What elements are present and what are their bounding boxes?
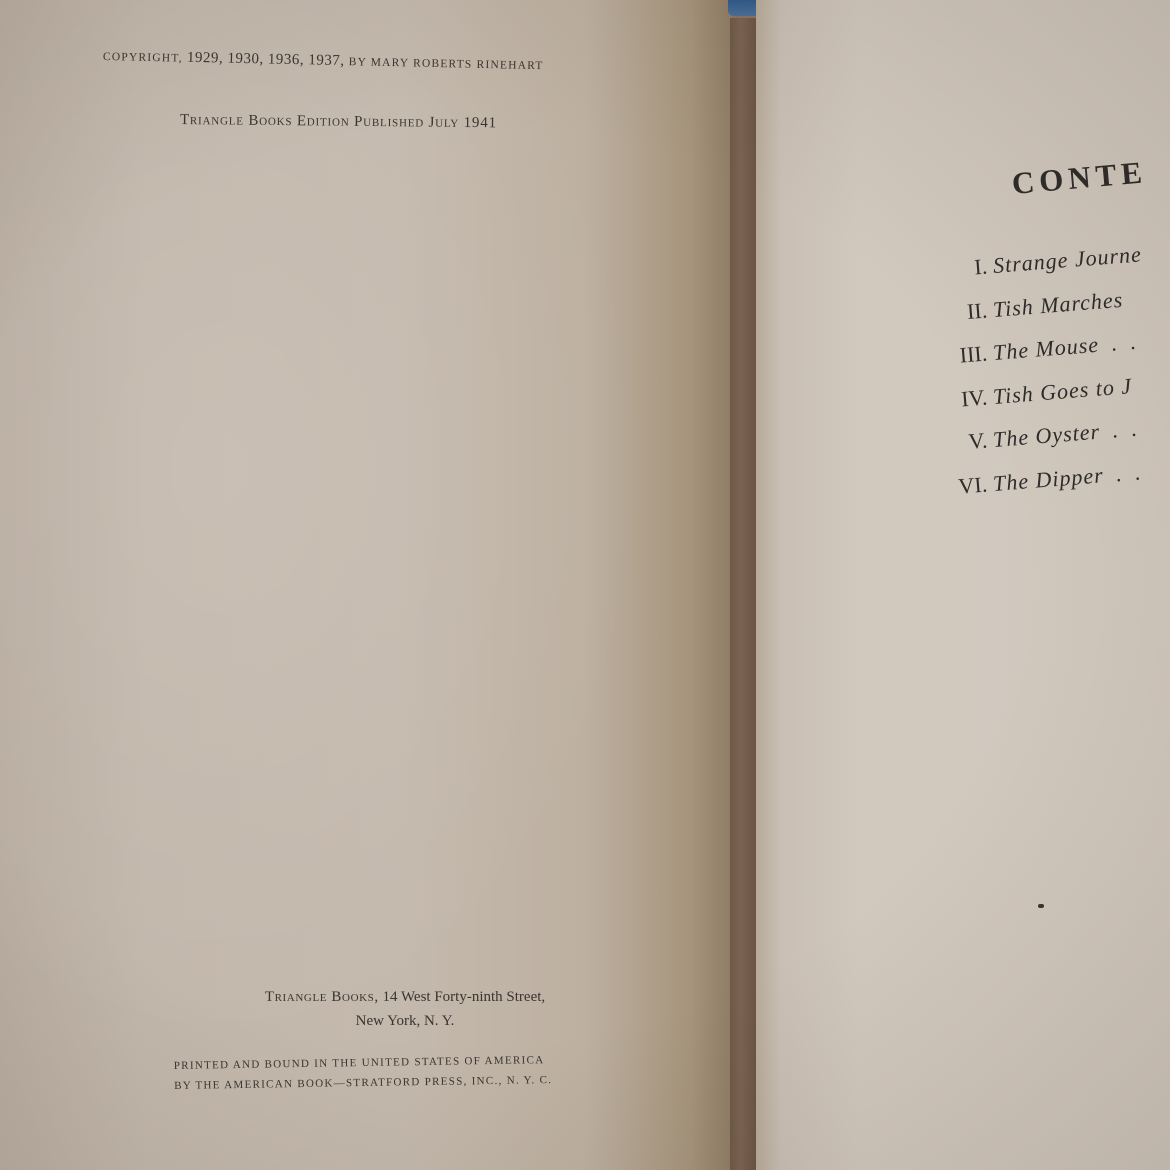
toc-chapter-number: V. <box>928 428 988 458</box>
publisher-line-1: Triangle Books, 14 West Forty-ninth Stre… <box>200 985 610 1009</box>
publisher-address: Triangle Books, 14 West Forty-ninth Stre… <box>200 985 610 1033</box>
toc-leader-dots: . . <box>1111 415 1141 442</box>
toc-leader-dots: . . <box>1115 459 1145 486</box>
toc-chapter-number: III. <box>928 341 988 371</box>
copyright-years: 1929, 1930, 1936, 1937, <box>187 50 345 69</box>
toc-leader-dots <box>1134 285 1136 310</box>
toc-chapter-number: II. <box>928 297 988 327</box>
ink-speck <box>1038 904 1044 908</box>
table-of-contents: I.Strange Journe II.Tish Marches III.The… <box>930 258 1170 519</box>
printer-notice: Printed and bound in the United States o… <box>174 1049 645 1096</box>
publisher-city: New York, N. Y. <box>200 1009 610 1033</box>
publisher-street: 14 West Forty-ninth Street, <box>379 989 545 1005</box>
toc-chapter-number: VI. <box>928 471 988 501</box>
toc-chapter-number: I. <box>928 254 988 284</box>
toc-leader-dots <box>1143 372 1145 397</box>
book-spine-gutter <box>730 18 756 1170</box>
publisher-name: Triangle Books, <box>265 989 379 1005</box>
copyright-notice: Copyright, 1929, 1930, 1936, 1937, by Ma… <box>103 48 663 77</box>
edition-notice: Triangle Books Edition Published July 19… <box>180 112 600 133</box>
book-spread: Copyright, 1929, 1930, 1936, 1937, by Ma… <box>0 0 1170 1170</box>
copyright-page: Copyright, 1929, 1930, 1936, 1937, by Ma… <box>0 0 732 1170</box>
copyright-prefix: Copyright, <box>103 51 187 65</box>
toc-chapter-number: IV. <box>928 384 988 414</box>
toc-leader-dots <box>1153 240 1155 265</box>
toc-leader-dots: . . <box>1110 329 1140 356</box>
copyright-author: by Mary Roberts Rinehart <box>344 56 543 72</box>
